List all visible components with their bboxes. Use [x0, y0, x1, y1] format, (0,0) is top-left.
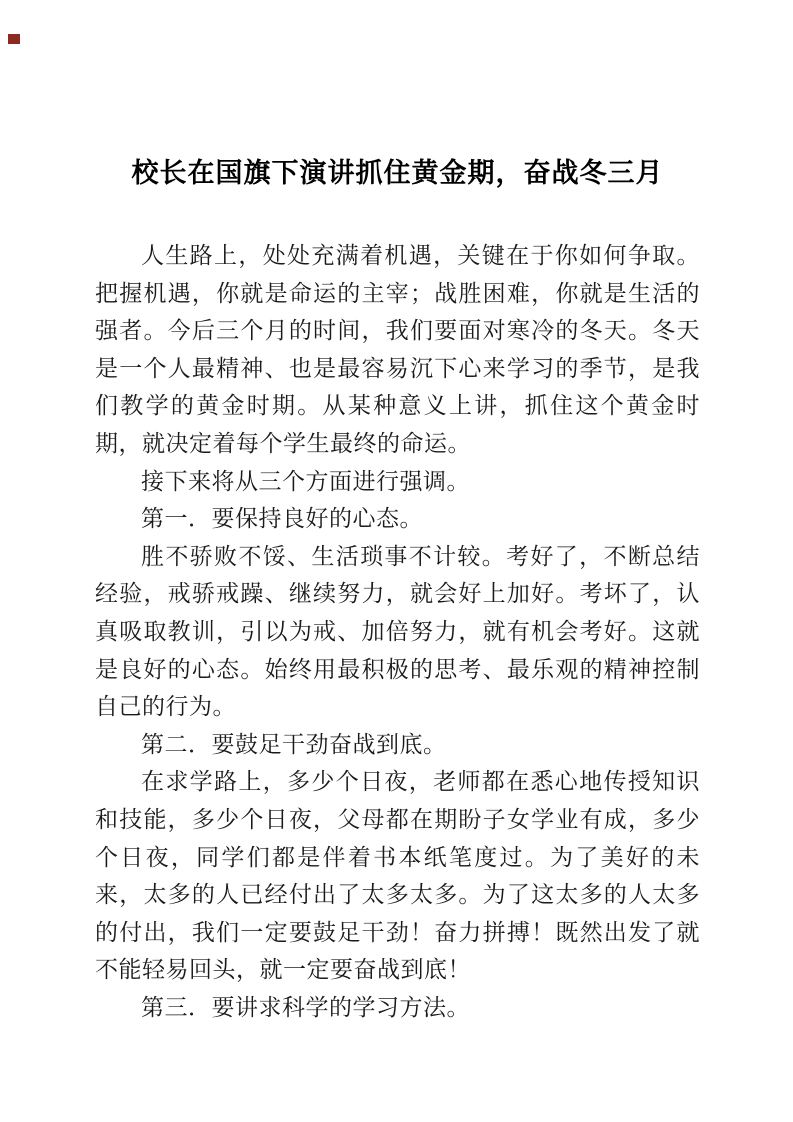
red-mark [8, 34, 20, 44]
paragraph: 在求学路上，多少个日夜，老师都在悉心地传授知识和技能，多少个日夜，父母都在期盼子… [95, 764, 700, 990]
section-heading: 第一．要保持良好的心态。 [95, 501, 700, 539]
section-heading: 第二．要鼓足干劲奋战到底。 [95, 727, 700, 765]
section-heading: 第三．要讲求科学的学习方法。 [95, 990, 700, 1028]
document-body: 人生路上，处处充满着机遇，关键在于你如何争取。把握机遇，你就是命运的主宰；战胜困… [95, 238, 700, 1027]
paragraph: 接下来将从三个方面进行强调。 [95, 464, 700, 502]
paragraph: 人生路上，处处充满着机遇，关键在于你如何争取。把握机遇，你就是命运的主宰；战胜困… [95, 238, 700, 464]
document-page: 校长在国旗下演讲抓住黄金期，奋战冬三月 人生路上，处处充满着机遇，关键在于你如何… [0, 0, 793, 1122]
document-title: 校长在国旗下演讲抓住黄金期，奋战冬三月 [95, 152, 700, 196]
paragraph: 胜不骄败不馁、生活琐事不计较。考好了，不断总结经验，戒骄戒躁、继续努力，就会好上… [95, 539, 700, 727]
